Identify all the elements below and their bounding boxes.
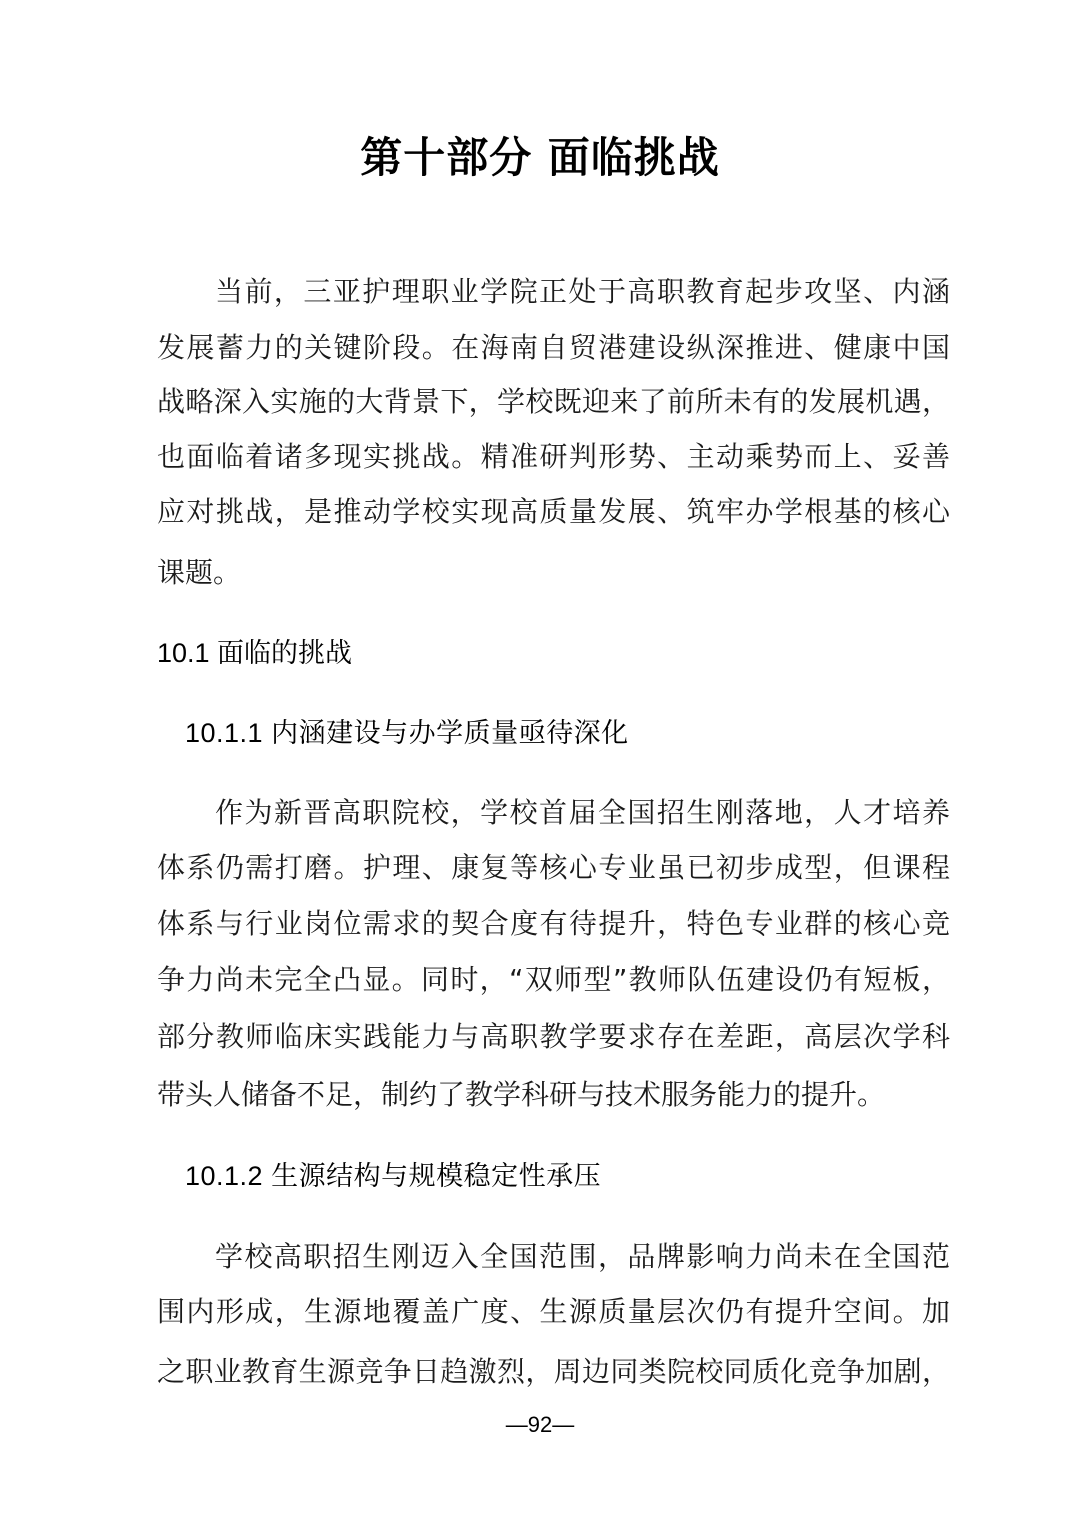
page-number: —92—	[0, 1410, 1080, 1440]
paragraph-line: 体系与行业岗位需求的契合度有待提升，特色专业群的核心竞	[157, 904, 950, 944]
subsection-heading: 10.1.2 生源结构与规模稳定性承压	[185, 1156, 601, 1196]
paragraph-line: 围内形成，生源地覆盖广度、生源质量层次仍有提升空间。加	[157, 1292, 950, 1332]
paragraph-line: 体系仍需打磨。护理、康复等核心专业虽已初步成型，但课程	[157, 848, 950, 888]
paragraph-line: 带头人储备不足，制约了教学科研与技术服务能力的提升。	[157, 1075, 950, 1115]
paragraph-line: 当前，三亚护理职业学院正处于高职教育起步攻坚、内涵	[215, 272, 950, 312]
paragraph-line: 课题。	[157, 553, 950, 593]
paragraph-line: 部分教师临床实践能力与高职教学要求存在差距，高层次学科	[157, 1017, 950, 1057]
paragraph-line: 学校高职招生刚迈入全国范围，品牌影响力尚未在全国范	[215, 1237, 950, 1277]
paragraph-line: 应对挑战，是推动学校实现高质量发展、筑牢办学根基的核心	[157, 492, 950, 532]
subsection-heading: 10.1.1 内涵建设与办学质量亟待深化	[185, 713, 629, 753]
paragraph-line: 作为新晋高职院校，学校首届全国招生刚落地，人才培养	[215, 793, 950, 833]
paragraph-line: 争力尚未完全凸显。同时，“双师型”教师队伍建设仍有短板，	[157, 960, 950, 1000]
section-heading: 10.1 面临的挑战	[157, 633, 352, 673]
paragraph-line: 战略深入实施的大背景下，学校既迎来了前所未有的发展机遇，	[157, 382, 950, 422]
paragraph-line: 之职业教育生源竞争日趋激烈，周边同类院校同质化竞争加剧，	[157, 1352, 950, 1392]
page-title: 第十部分 面临挑战	[0, 128, 1080, 188]
paragraph-line: 发展蓄力的关键阶段。在海南自贸港建设纵深推进、健康中国	[157, 328, 950, 368]
document-page: 第十部分 面临挑战 当前，三亚护理职业学院正处于高职教育起步攻坚、内涵 发展蓄力…	[0, 0, 1080, 1527]
paragraph-line: 也面临着诸多现实挑战。精准研判形势、主动乘势而上、妥善	[157, 437, 950, 477]
